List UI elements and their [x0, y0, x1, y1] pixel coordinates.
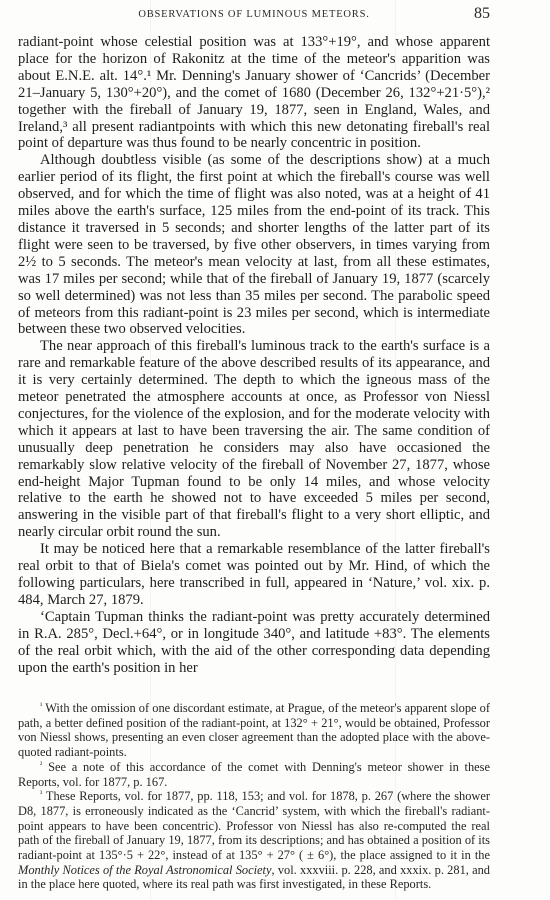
journal-title: Monthly Notices of the Royal Astro­nomic…: [18, 863, 271, 877]
footnote-marker: ³: [40, 789, 42, 798]
footnote-text: With the omission of one discordant esti…: [18, 701, 490, 759]
footnote-3: ³ These Reports, vol. for 1877, pp. 118,…: [18, 789, 490, 892]
paragraph-2: Although doubtless visible (as some of t…: [18, 152, 490, 338]
footnote-marker: ²: [40, 760, 42, 769]
footnote-text: These Reports, vol. for 1877, pp. 118, 1…: [18, 789, 490, 862]
footnote-text: See a note of this accordance of the com…: [18, 760, 490, 789]
document-page: OBSERVATIONS OF LUMINOUS METEORS. 85 rad…: [18, 0, 490, 34]
paragraph-1: radiant-point whose celestial position w…: [18, 34, 490, 152]
body-text: radiant-point whose celestial position w…: [18, 34, 490, 676]
running-head: OBSERVATIONS OF LUMINOUS METEORS. 85: [18, 0, 490, 34]
paragraph-5: ‘Captain Tupman thinks the radiant-point…: [18, 609, 490, 677]
footnote-2: ² See a note of this accordance of the c…: [18, 760, 490, 789]
footnote-1: ¹ With the omission of one discordant es…: [18, 701, 490, 760]
paragraph-4: It may be noticed here that a remarkable…: [18, 541, 490, 609]
page-number: 85: [474, 5, 490, 23]
footnotes: ¹ With the omission of one discordant es…: [18, 701, 490, 892]
footnote-marker: ¹: [40, 701, 42, 710]
running-title: OBSERVATIONS OF LUMINOUS METEORS.: [18, 9, 490, 20]
paragraph-3: The near approach of this fireball's lum…: [18, 338, 490, 541]
